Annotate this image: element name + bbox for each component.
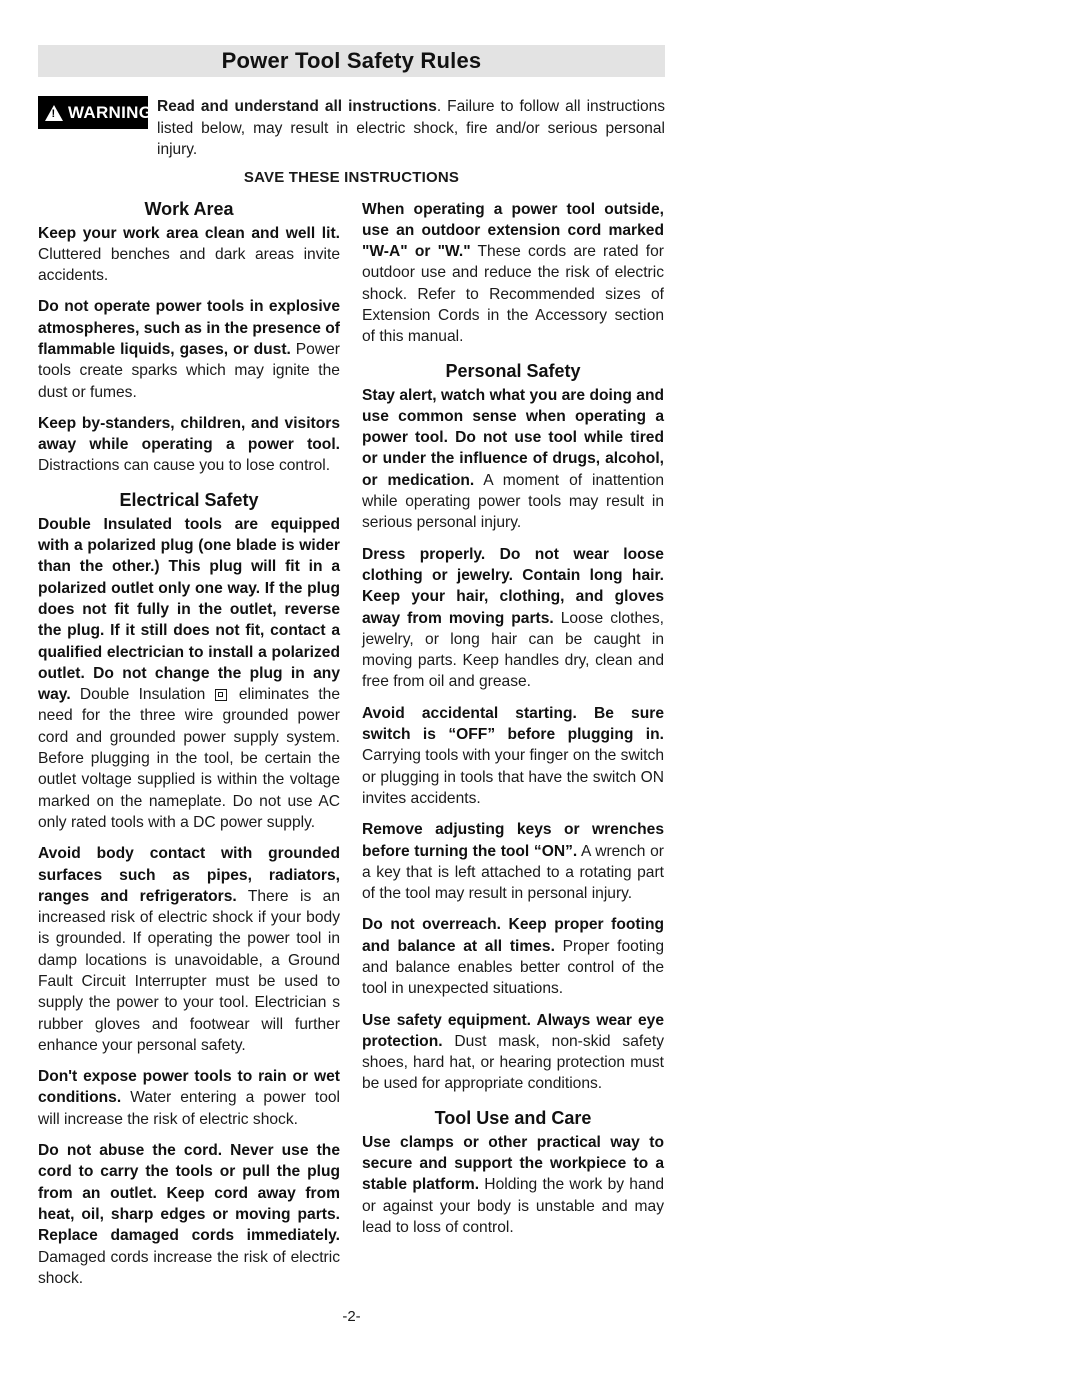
section-heading: Electrical Safety	[38, 490, 340, 511]
warning-bold-text: Read and understand all instructions	[157, 98, 437, 115]
safety-paragraph: Do not abuse the cord. Never use the cor…	[38, 1140, 340, 1289]
safety-paragraph: Dress properly. Do not wear loose clothi…	[362, 544, 664, 693]
warning-exclamation: !	[52, 109, 56, 120]
safety-paragraph: Keep by-standers, children, and visitors…	[38, 413, 340, 477]
safety-paragraph: Do not overreach. Keep proper footing an…	[362, 914, 664, 999]
double-insulation-icon	[215, 689, 227, 701]
section-heading: Work Area	[38, 199, 340, 220]
safety-paragraph: Do not operate power tools in explosive …	[38, 296, 340, 402]
section-heading: Personal Safety	[362, 361, 664, 382]
safety-paragraph: Remove adjusting keys or wrenches before…	[362, 819, 664, 904]
save-instructions-line: SAVE THESE INSTRUCTIONS	[38, 169, 665, 186]
safety-paragraph: Stay alert, watch what you are doing and…	[362, 385, 664, 534]
page-title-bar: Power Tool Safety Rules	[38, 45, 665, 77]
safety-paragraph: Keep your work area clean and well lit. …	[38, 223, 340, 287]
warning-label: WARNING	[68, 103, 148, 123]
two-column-body: Work AreaKeep your work area clean and w…	[38, 199, 665, 1300]
safety-paragraph: When operating a power tool outside, use…	[362, 199, 664, 348]
page-title: Power Tool Safety Rules	[222, 48, 482, 74]
safety-paragraph: Double Insulated tools are equipped with…	[38, 514, 340, 833]
manual-page-content: Power Tool Safety Rules ! WARNING Read a…	[38, 45, 665, 1325]
safety-paragraph: Use clamps or other practical way to sec…	[362, 1132, 664, 1238]
safety-paragraph: Use safety equipment. Always wear eye pr…	[362, 1010, 664, 1095]
page-number: -2-	[38, 1308, 665, 1325]
section-heading: Tool Use and Care	[362, 1108, 664, 1129]
warning-text: Read and understand all instructions. Fa…	[157, 96, 665, 161]
left-column: Work AreaKeep your work area clean and w…	[38, 199, 340, 1300]
warning-triangle-icon: !	[45, 105, 63, 121]
safety-paragraph: Avoid body contact with grounded surface…	[38, 843, 340, 1056]
safety-paragraph: Avoid accidental starting. Be sure switc…	[362, 703, 664, 809]
right-column: When operating a power tool outside, use…	[362, 199, 664, 1300]
warning-banner: ! WARNING Read and understand all instru…	[38, 96, 665, 161]
warning-label-box: ! WARNING	[38, 96, 148, 129]
safety-paragraph: Don't expose power tools to rain or wet …	[38, 1066, 340, 1130]
